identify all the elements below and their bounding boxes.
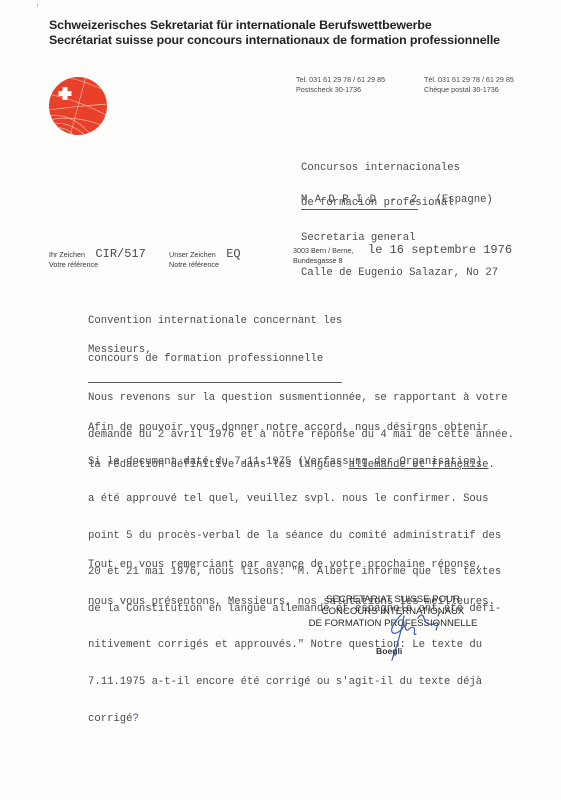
place-street: Bundesgasse 8 — [293, 256, 353, 266]
letterhead-german: Schweizerisches Sekretariat für internat… — [49, 18, 500, 33]
body-line: 7.11.1975 a-t-il encore été corrigé ou s… — [88, 676, 501, 688]
our-reference-label-fr: Notre référence — [169, 260, 241, 270]
signer-name: Boegli — [376, 646, 402, 656]
postal-account-fr: Chèque postal 30-1736 — [424, 85, 514, 95]
letterhead-french: Secrétariat suisse pour concours interna… — [49, 33, 500, 48]
your-reference-value: CIR/517 — [95, 247, 145, 261]
swiss-cross-globe-logo-icon — [48, 76, 108, 136]
recipient-address: Concursos internacionales de formación p… — [301, 140, 498, 291]
place-block: 3003 Bern / Berne, Bundesgasse 8 — [293, 246, 353, 265]
salutation: Messieurs, — [88, 344, 152, 356]
body-line: Si le document daté du 7.11.1975 (Verfas… — [88, 456, 501, 468]
our-reference-value: EQ — [226, 247, 240, 261]
letterhead: Schweizerisches Sekretariat für internat… — [49, 18, 500, 47]
corner-mark: ᶠ — [37, 4, 39, 11]
telephone-de: Tel. 031 61 29 78 / 61 29 85 — [296, 75, 385, 85]
contact-french: Tél. 031 61 29 78 / 61 29 85 Chèque post… — [424, 75, 514, 95]
telephone-fr: Tél. 031 61 29 78 / 61 29 85 — [424, 75, 514, 85]
recipient-city: M A D R I D - 2 — [301, 194, 418, 210]
body-line: a été approuvé tel quel, veuillez svpl. … — [88, 493, 501, 505]
your-reference-label-fr: Votre référence — [49, 260, 146, 270]
our-reference-label-de: Unser Zeichen — [169, 250, 216, 259]
letter-date: le 16 septembre 1976 — [368, 243, 512, 257]
body-text-span: corrigé — [88, 713, 133, 725]
place-city: 3003 Bern / Berne, — [293, 246, 353, 256]
recipient-country: (Espagne) — [436, 194, 493, 206]
recipient-city-row: M A D R I D - 2(Espagne) — [301, 194, 493, 210]
signature-org-line: SECRETARIAT SUISSE POUR — [293, 594, 493, 606]
postal-account-de: Postscheck 30-1736 — [296, 85, 385, 95]
recipient-line: Calle de Eugenio Salazar, No 27 — [301, 268, 498, 280]
contact-german: Tel. 031 61 29 78 / 61 29 85 Postscheck … — [296, 75, 385, 95]
handwritten-question-mark: ? — [133, 713, 139, 725]
your-reference-block: Ihr Zeichen CIR/517 Votre référence — [49, 244, 146, 270]
recipient-line: Concursos internacionales — [301, 163, 498, 175]
your-reference-label-de: Ihr Zeichen — [49, 250, 85, 259]
body-line: Tout en vous remerciant par avance de vo… — [88, 559, 495, 571]
our-reference-block: Unser Zeichen EQ Notre référence — [169, 244, 241, 270]
body-line: corrigé? — [88, 713, 501, 725]
subject-text: Convention internationale concernant les — [88, 315, 342, 328]
